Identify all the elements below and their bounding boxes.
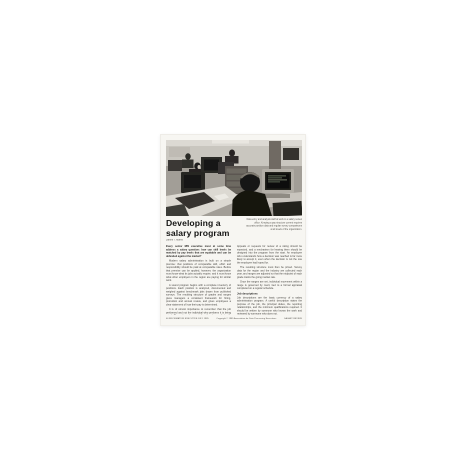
screen-text-line — [268, 176, 286, 177]
chair — [273, 201, 302, 216]
article-photo — [166, 140, 302, 216]
terminal-screen — [204, 160, 219, 171]
background-person-body — [182, 160, 194, 169]
body-paragraph: Modern salary administration is built on… — [166, 260, 231, 283]
body-paragraph: The resulting structure must then be pri… — [237, 266, 302, 279]
foreground-terminal-screen — [184, 175, 201, 188]
byline-text: James T. Morris — [166, 239, 236, 242]
keyboard — [262, 194, 290, 198]
footer-journal-info: 46 INFORMATION EXECUTIVE JULY 1985 — [166, 317, 209, 320]
body-paragraph: It is of utmost importance to remember t… — [166, 308, 231, 315]
section-subheading: Job descriptions — [237, 292, 302, 295]
screen-text-line — [268, 180, 287, 181]
article-body: Every senior MIS executive must at some … — [166, 245, 302, 315]
seated-person-face — [198, 165, 201, 169]
screen-text-line — [268, 182, 280, 183]
footer-section-label: SALARY REVIEW — [284, 317, 302, 320]
body-paragraph: Job descriptions are the basic currency … — [237, 296, 302, 315]
background-person-head — [185, 153, 191, 160]
terminal — [168, 160, 182, 171]
background-monitor — [283, 148, 299, 160]
page-footer: 46 INFORMATION EXECUTIVE JULY 1985 Copyr… — [166, 317, 302, 322]
left-column: Every senior MIS executive must at some … — [166, 245, 231, 315]
screen-text-line — [268, 178, 282, 179]
standfirst: Every senior MIS executive must at some … — [166, 245, 231, 258]
byline: James T. Morris — [166, 239, 236, 244]
ceiling-light — [212, 140, 249, 144]
background-person-head — [229, 150, 235, 157]
article-title-line2: salary program — [166, 229, 266, 239]
footer-copyright: Copyright © 1985 Association for Data Pr… — [216, 317, 276, 320]
body-paragraph: Once the ranges are set, individual move… — [237, 281, 302, 291]
body-paragraph: A sound program begins with a complete i… — [166, 284, 231, 307]
scanned-magazine-page-canvas: Data entry and analysis staff at work in… — [0, 0, 458, 458]
right-column: Appeals or requests for review of a rati… — [237, 245, 302, 315]
body-paragraph: Appeals or requests for review of a rati… — [237, 245, 302, 265]
cabinet-drawer — [227, 169, 247, 174]
article-title: Developing a salary program — [166, 219, 266, 239]
article-page: Data entry and analysis staff at work in… — [160, 134, 306, 326]
office-scene-photo-illustration — [166, 140, 302, 216]
